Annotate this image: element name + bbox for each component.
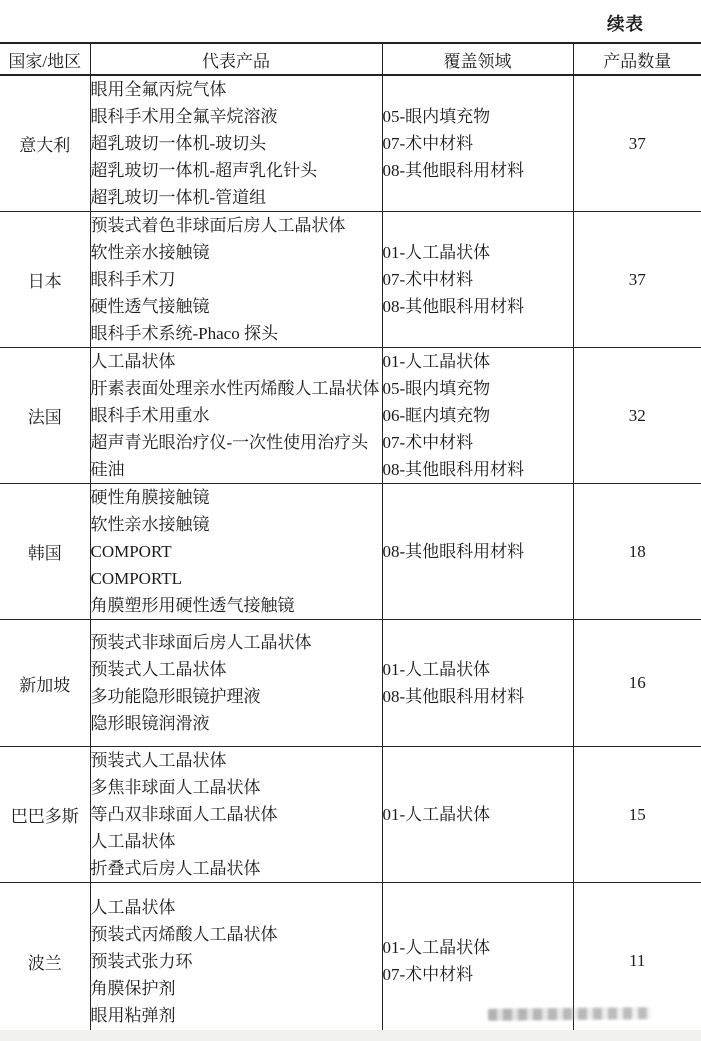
product-line: 多焦非球面人工晶状体 [91, 774, 382, 801]
country-cell: 法国 [0, 348, 90, 484]
coverage-line: 01-人工晶状体 [383, 656, 573, 683]
product-line: 硅油 [91, 456, 382, 483]
coverage-line: 01-人工晶状体 [383, 348, 573, 375]
coverage-line: 08-其他眼科用材料 [383, 683, 573, 710]
watermark-smudge [488, 1007, 651, 1021]
table-body: 意大利眼用全氟丙烷气体眼科手术用全氟辛烷溶液超乳玻切一体机-玻切头超乳玻切一体机… [0, 75, 701, 1041]
product-line: 预装式丙烯酸人工晶状体 [91, 921, 382, 948]
table-row: 韩国硬性角膜接触镜软性亲水接触镜COMPORTCOMPORTL角膜塑形用硬性透气… [0, 484, 701, 620]
product-line: 人工晶状体 [91, 348, 382, 375]
coverage-line: 01-人工晶状体 [383, 934, 573, 961]
product-line: COMPORTL [91, 565, 382, 592]
count-cell: 32 [573, 348, 701, 484]
product-line: 肝素表面处理亲水性丙烯酸人工晶状体 [91, 375, 382, 402]
products-cell: 人工晶状体肝素表面处理亲水性丙烯酸人工晶状体眼科手术用重水超声青光眼治疗仪-一次… [90, 348, 382, 484]
continued-table-label: 续表 [607, 11, 644, 36]
coverage-line: 06-眶内填充物 [383, 402, 573, 429]
product-line: 折叠式后房人工晶状体 [91, 855, 382, 882]
coverage-line: 08-其他眼科用材料 [383, 157, 573, 184]
product-line: 预装式着色非球面后房人工晶状体 [91, 212, 382, 239]
coverage-line: 07-术中材料 [383, 429, 573, 456]
products-cell: 预装式非球面后房人工晶状体预装式人工晶状体多功能隐形眼镜护理液隐形眼镜润滑液 [90, 620, 382, 747]
country-cell: 巴巴多斯 [0, 747, 90, 883]
page-bottom-edge [0, 1030, 701, 1041]
table-row: 意大利眼用全氟丙烷气体眼科手术用全氟辛烷溶液超乳玻切一体机-玻切头超乳玻切一体机… [0, 75, 701, 212]
header-count: 产品数量 [573, 43, 701, 75]
coverage-line: 05-眼内填充物 [383, 375, 573, 402]
header-coverage: 覆盖领域 [382, 43, 573, 75]
product-line: 人工晶状体 [91, 828, 382, 855]
table-row: 法国人工晶状体肝素表面处理亲水性丙烯酸人工晶状体眼科手术用重水超声青光眼治疗仪-… [0, 348, 701, 484]
product-line: 角膜塑形用硬性透气接触镜 [91, 592, 382, 619]
product-line: 预装式非球面后房人工晶状体 [91, 629, 382, 656]
table-row: 巴巴多斯预装式人工晶状体多焦非球面人工晶状体等凸双非球面人工晶状体人工晶状体折叠… [0, 747, 701, 883]
country-cell: 新加坡 [0, 620, 90, 747]
product-line: 隐形眼镜润滑液 [91, 710, 382, 737]
products-table: 国家/地区 代表产品 覆盖领域 产品数量 意大利眼用全氟丙烷气体眼科手术用全氟辛… [0, 42, 701, 1041]
products-cell: 预装式着色非球面后房人工晶状体软性亲水接触镜眼科手术刀硬性透气接触镜眼科手术系统… [90, 212, 382, 348]
product-line: 软性亲水接触镜 [91, 239, 382, 266]
product-line: 眼科手术系统-Phaco 探头 [91, 320, 382, 347]
coverage-cell: 01-人工晶状体 [382, 747, 573, 883]
product-line: 眼科手术刀 [91, 266, 382, 293]
products-cell: 预装式人工晶状体多焦非球面人工晶状体等凸双非球面人工晶状体人工晶状体折叠式后房人… [90, 747, 382, 883]
country-cell: 日本 [0, 212, 90, 348]
count-cell: 37 [573, 212, 701, 348]
product-line: 预装式张力环 [91, 948, 382, 975]
product-line: 硬性透气接触镜 [91, 293, 382, 320]
count-cell: 16 [573, 620, 701, 747]
coverage-line: 07-术中材料 [383, 130, 573, 157]
coverage-cell: 05-眼内填充物07-术中材料08-其他眼科用材料 [382, 75, 573, 212]
document-page: 续表 国家/地区 代表产品 覆盖领域 产品数量 意大利眼用全氟丙烷气体眼科手术用… [0, 0, 701, 1041]
product-line: 人工晶状体 [91, 894, 382, 921]
product-line: 眼用全氟丙烷气体 [91, 76, 382, 103]
product-line: 超乳玻切一体机-超声乳化针头 [91, 157, 382, 184]
country-cell: 韩国 [0, 484, 90, 620]
coverage-line: 08-其他眼科用材料 [383, 293, 573, 320]
product-line: 眼用粘弹剂 [91, 1002, 382, 1029]
coverage-line: 01-人工晶状体 [383, 239, 573, 266]
product-line: 超声青光眼治疗仪-一次性使用治疗头 [91, 429, 382, 456]
product-line: 多功能隐形眼镜护理液 [91, 683, 382, 710]
product-line: 超乳玻切一体机-管道组 [91, 184, 382, 211]
country-cell: 意大利 [0, 75, 90, 212]
coverage-cell: 01-人工晶状体07-术中材料08-其他眼科用材料 [382, 212, 573, 348]
coverage-line: 05-眼内填充物 [383, 103, 573, 130]
coverage-line: 07-术中材料 [383, 961, 573, 988]
country-cell: 波兰 [0, 883, 90, 1041]
product-line: 预装式人工晶状体 [91, 747, 382, 774]
coverage-line: 08-其他眼科用材料 [383, 538, 573, 565]
table-row: 日本预装式着色非球面后房人工晶状体软性亲水接触镜眼科手术刀硬性透气接触镜眼科手术… [0, 212, 701, 348]
coverage-cell: 01-人工晶状体08-其他眼科用材料 [382, 620, 573, 747]
product-line: 眼科手术用全氟辛烷溶液 [91, 103, 382, 130]
coverage-line: 01-人工晶状体 [383, 801, 573, 828]
coverage-line: 08-其他眼科用材料 [383, 456, 573, 483]
table-row: 新加坡预装式非球面后房人工晶状体预装式人工晶状体多功能隐形眼镜护理液隐形眼镜润滑… [0, 620, 701, 747]
products-cell: 人工晶状体预装式丙烯酸人工晶状体预装式张力环角膜保护剂眼用粘弹剂 [90, 883, 382, 1041]
products-cell: 硬性角膜接触镜软性亲水接触镜COMPORTCOMPORTL角膜塑形用硬性透气接触… [90, 484, 382, 620]
header-country: 国家/地区 [0, 43, 90, 75]
product-line: 硬性角膜接触镜 [91, 484, 382, 511]
product-line: 预装式人工晶状体 [91, 656, 382, 683]
coverage-line: 07-术中材料 [383, 266, 573, 293]
count-cell: 18 [573, 484, 701, 620]
count-cell: 37 [573, 75, 701, 212]
product-line: 眼科手术用重水 [91, 402, 382, 429]
products-cell: 眼用全氟丙烷气体眼科手术用全氟辛烷溶液超乳玻切一体机-玻切头超乳玻切一体机-超声… [90, 75, 382, 212]
table-header-row: 国家/地区 代表产品 覆盖领域 产品数量 [0, 43, 701, 75]
count-cell: 15 [573, 747, 701, 883]
product-line: 超乳玻切一体机-玻切头 [91, 130, 382, 157]
product-line: 等凸双非球面人工晶状体 [91, 801, 382, 828]
header-products: 代表产品 [90, 43, 382, 75]
product-line: COMPORT [91, 538, 382, 565]
coverage-cell: 08-其他眼科用材料 [382, 484, 573, 620]
product-line: 角膜保护剂 [91, 975, 382, 1002]
product-line: 软性亲水接触镜 [91, 511, 382, 538]
coverage-cell: 01-人工晶状体05-眼内填充物06-眶内填充物07-术中材料08-其他眼科用材… [382, 348, 573, 484]
